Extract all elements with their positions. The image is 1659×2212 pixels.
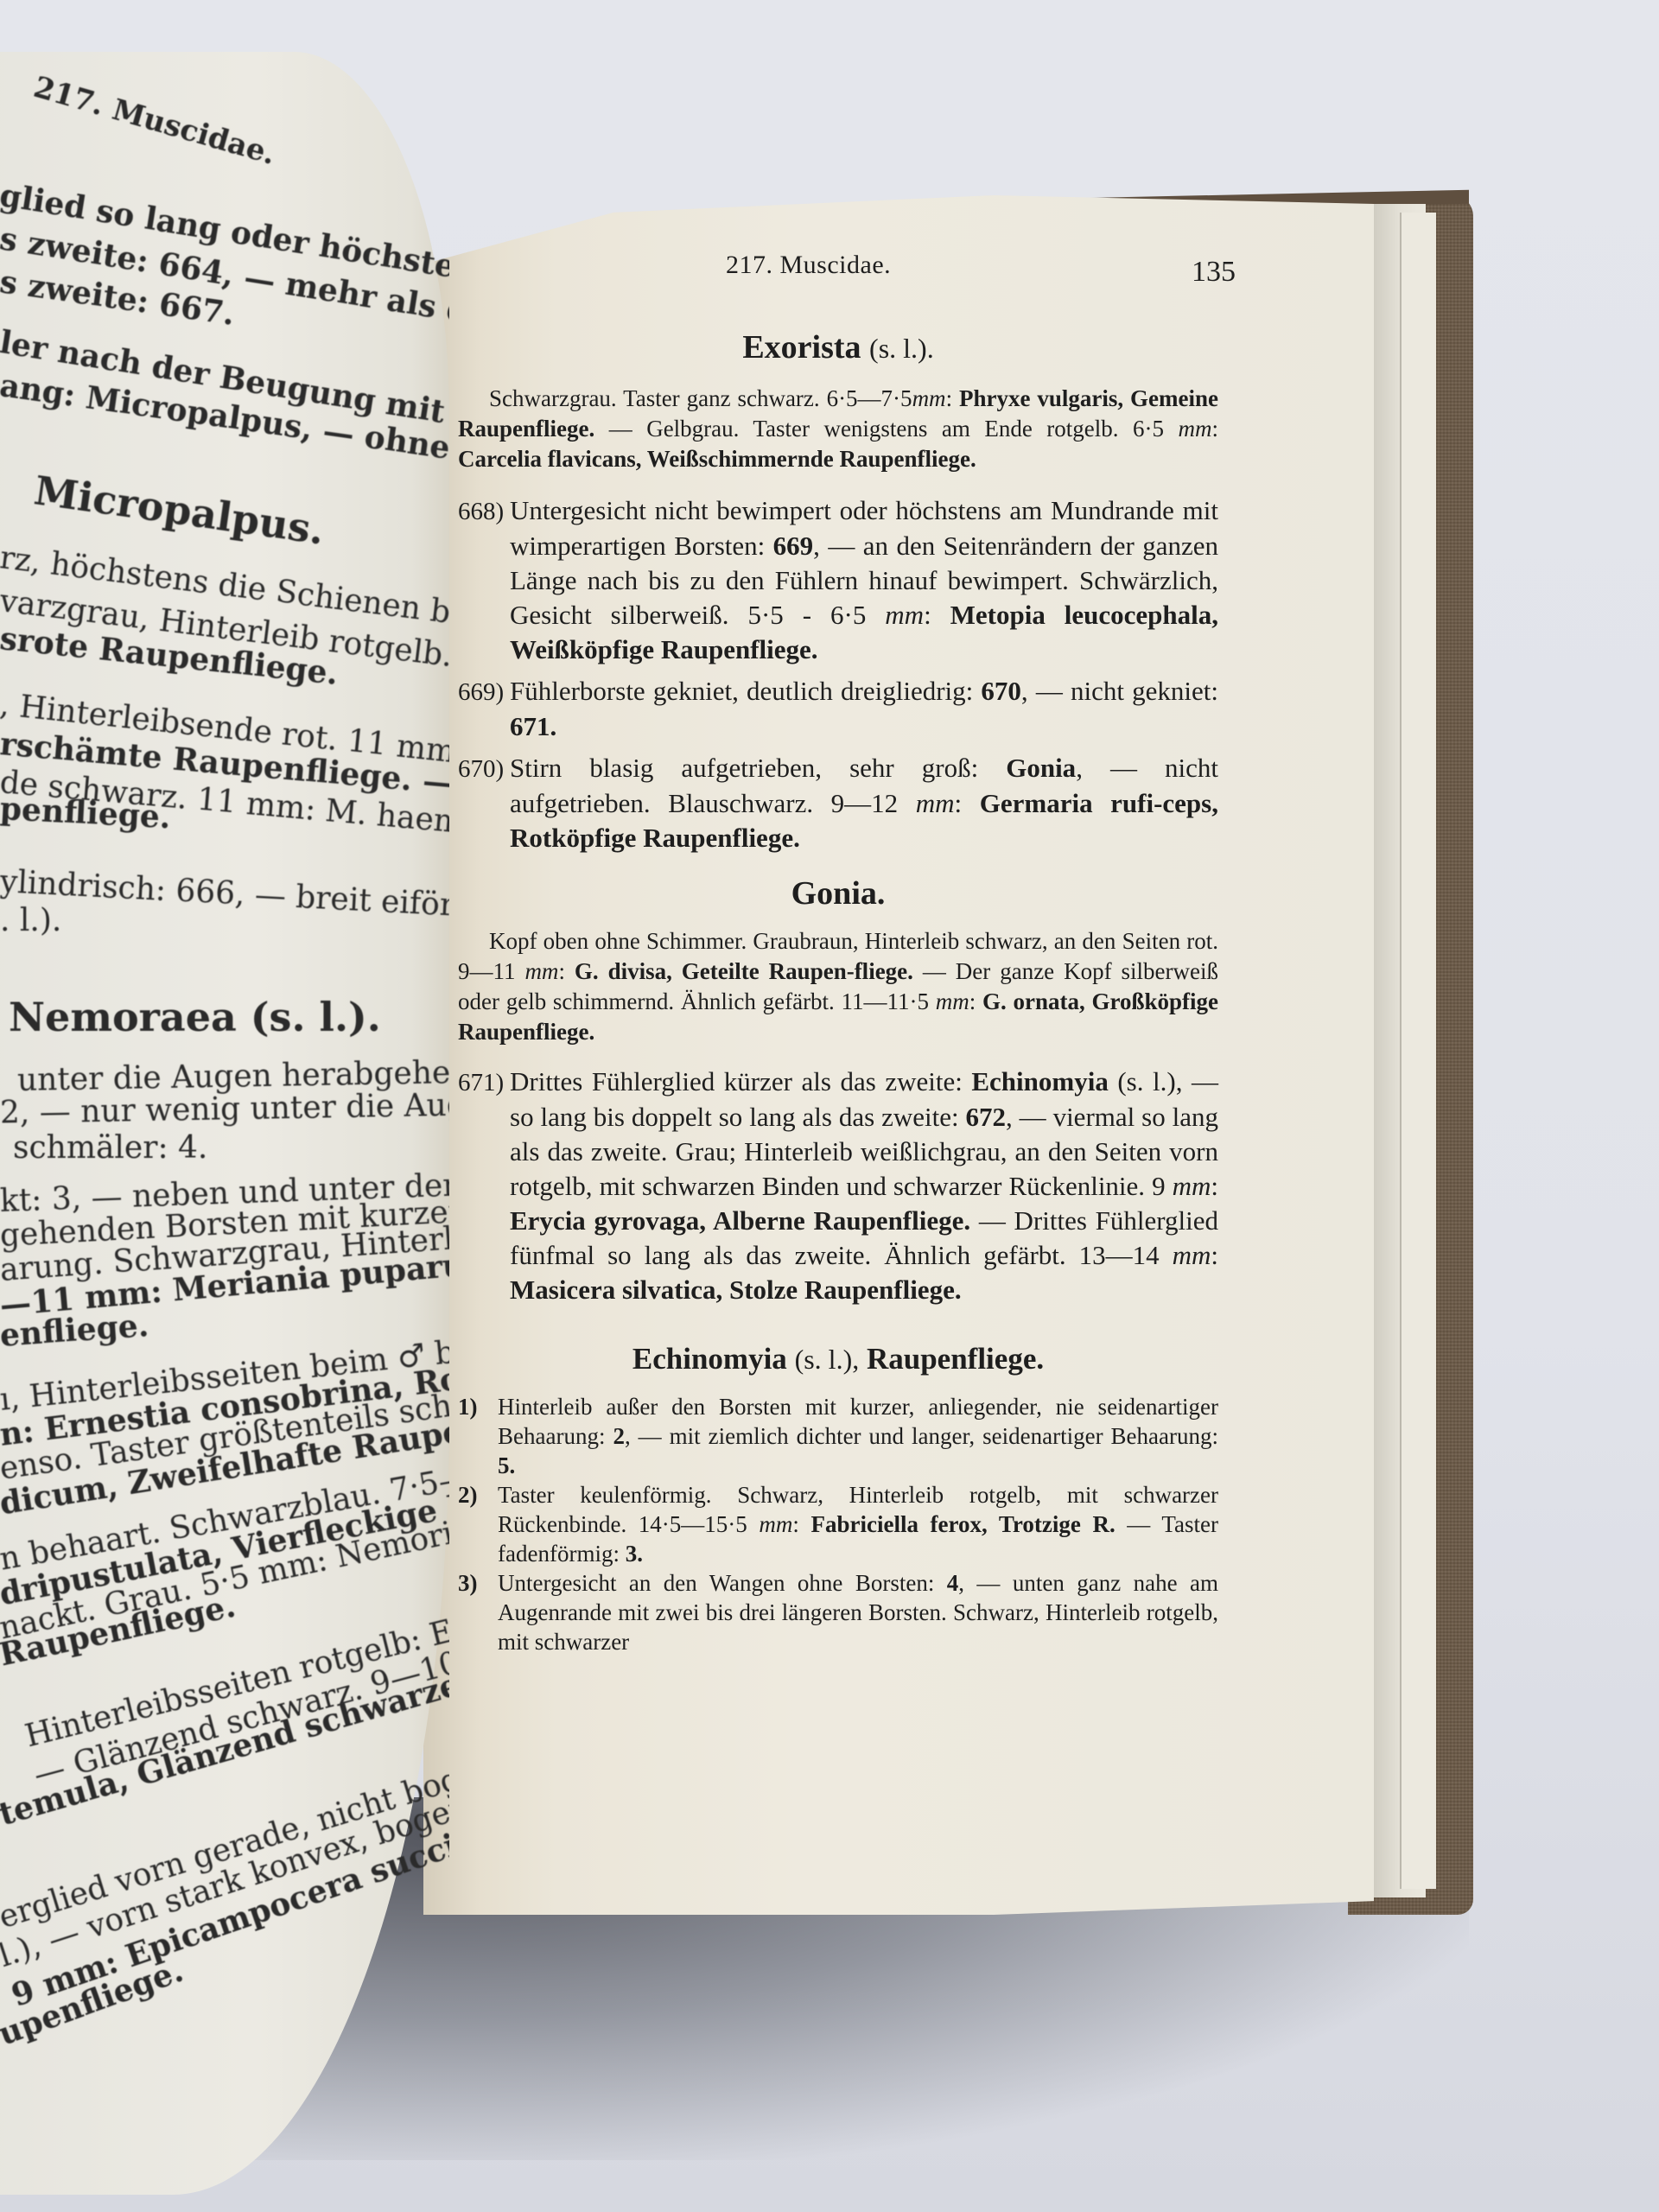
left-running-head: 217. Muscidae. [29, 70, 279, 172]
right-page-content: 217. Muscidae. 135 Exorista (s. l.). Sch… [458, 251, 1218, 1656]
section-title-gonia: Gonia. [458, 874, 1218, 912]
exorista-description: Schwarzgrau. Taster ganz schwarz. 6·5—7·… [458, 384, 1218, 474]
left-page-line: Nemoraea (s. l.). [9, 994, 381, 1040]
page-block-edge-inner [1400, 213, 1436, 1889]
echinomyia-key-3: 3)Untergesicht an den Wangen ohne Borste… [458, 1568, 1218, 1656]
key-entry-670: 670)Stirn blasig aufgetrieben, sehr groß… [458, 751, 1218, 855]
key-entry-671: 671)Drittes Fühlerglied kürzer als das z… [458, 1065, 1218, 1307]
left-page-line: schmäler: 4. [13, 1130, 207, 1166]
gonia-description: Kopf oben ohne Schimmer. Graubraun, Hint… [458, 926, 1218, 1047]
running-head: 217. Muscidae. [726, 251, 891, 280]
echinomyia-key-2: 2)Taster keulenförmig. Schwarz, Hinterle… [458, 1480, 1218, 1568]
left-page-line: ylindrisch: 666, — breit eiförmig [0, 864, 449, 926]
section-title-exorista: Exorista (s. l.). [458, 328, 1218, 366]
left-page-text: 217. Muscidae. glied so lang oder höchst… [0, 0, 449, 2212]
key-entry-668: 668)Untergesicht nicht bewimpert oder hö… [458, 493, 1218, 667]
section-title-echinomyia: Echinomyia (s. l.), Raupenfliege. [458, 1342, 1218, 1376]
left-page-line: Micropalpus. [31, 467, 327, 554]
left-page-line: . l.). [0, 903, 61, 938]
echinomyia-key-1: 1)Hinterleib außer den Borsten mit kurze… [458, 1392, 1218, 1480]
key-entry-669: 669)Fühlerborste gekniet, deutlich dreig… [458, 674, 1218, 744]
page-number: 135 [1192, 256, 1236, 289]
left-page-line: penfliege. [0, 791, 171, 836]
